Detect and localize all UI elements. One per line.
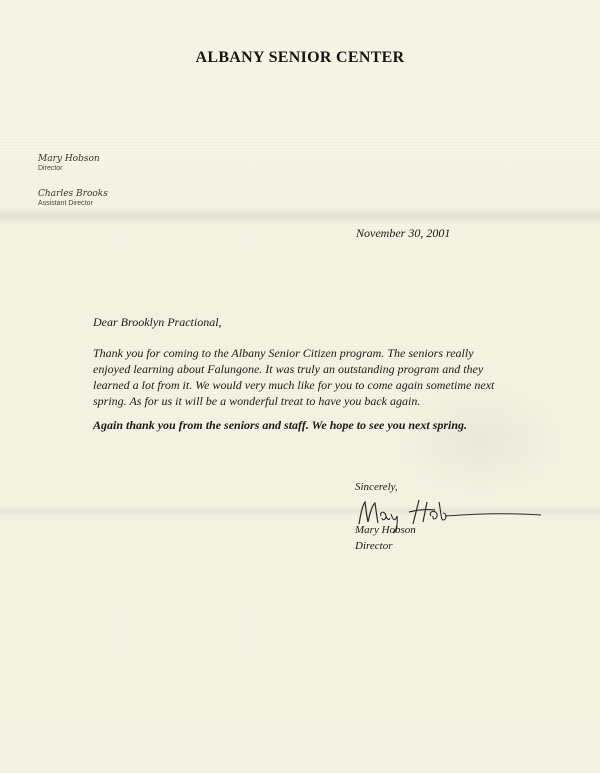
letter-date: November 30, 2001 xyxy=(356,226,450,241)
salutation: Dear Brooklyn Practional, xyxy=(93,315,222,330)
body-line: spring. As for us it will be a wonderful… xyxy=(93,393,563,409)
signer-title: Director xyxy=(355,540,392,552)
staff-assistant-director: Charles Brooks Assistant Director xyxy=(38,189,108,207)
paper-fold-upper xyxy=(0,207,600,225)
staff-name: Mary Hobson xyxy=(38,154,100,164)
signer-name: Mary Hobson xyxy=(355,524,416,536)
body-line: learned a lot from it. We would very muc… xyxy=(93,377,563,393)
letterhead-title: ALBANY SENIOR CENTER xyxy=(0,49,600,67)
body-paragraph: Thank you for coming to the Albany Senio… xyxy=(93,345,563,409)
staff-name: Charles Brooks xyxy=(38,189,108,199)
body-line: enjoyed learning about Falungone. It was… xyxy=(93,361,563,377)
closing-paragraph: Again thank you from the seniors and sta… xyxy=(93,418,467,433)
staff-role: Director xyxy=(38,165,100,172)
staff-director: Mary Hobson Director xyxy=(38,154,100,172)
staff-role: Assistant Director xyxy=(38,200,108,207)
body-line: Thank you for coming to the Albany Senio… xyxy=(93,345,563,361)
valediction: Sincerely, xyxy=(355,481,398,493)
